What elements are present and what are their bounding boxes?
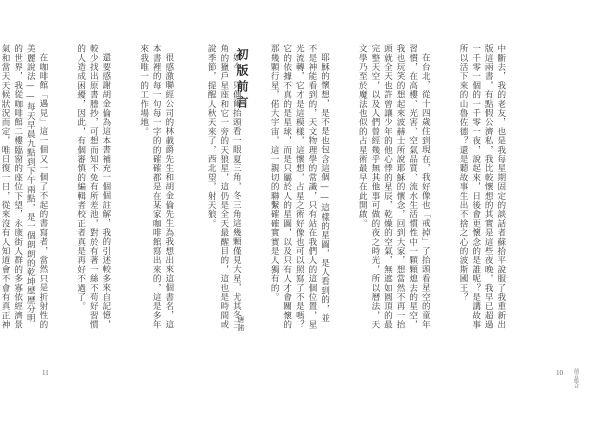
left-page-body: 很感激聯經公司的林載爵先生和胡金倫先生為我想出來這個書名，這本書裡的每一句每一字… <box>0 44 200 330</box>
paragraph: 在台北，從十四歲住到現在，我好像也「戒掉」了抬頭看星空的童年習慣，在高樓、光害、… <box>356 44 432 330</box>
page-number: 11 <box>42 369 49 377</box>
page-title: 初版前言 <box>234 48 251 112</box>
paragraph: 很感激聯經公司的林載爵先生和胡金倫先生為我想出來這個書名，這本書裡的每一句每一字… <box>137 44 175 330</box>
page-number: 10 <box>556 369 563 377</box>
paragraph: 還要感謝胡金倫為這本書補充一個個註解，我的引述較多來自記憶，較少找出原書謄抄，可… <box>74 44 112 330</box>
author-signature: 唐諾 <box>236 316 246 332</box>
paragraph: 中斷去，我的老友，也是我每星期固定的談話者蘇拾平說服了我重新出版這兩書，有點假公… <box>456 44 506 330</box>
running-head: 前言組合 <box>573 368 580 388</box>
left-page: 初版前言 很感激聯經公司的林載爵先生和胡金倫先生為我想出來這個書名，這本書裡的每… <box>0 0 300 421</box>
right-page: 中斷去，我的老友，也是我每星期固定的談話者蘇拾平說服了我重新出版這兩書，有點假公… <box>300 0 600 421</box>
paragraph: 在咖啡館「遇見」這一個又一個了不起的書寫者，當然只是折射性的美麗說法——每天早晨… <box>0 44 49 330</box>
